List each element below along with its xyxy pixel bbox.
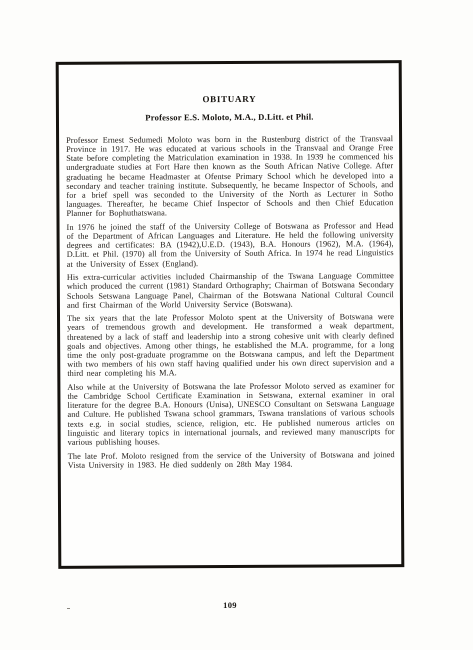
page-border-frame: OBITUARY Professor E.S. Moloto, M.A., D.… bbox=[56, 60, 405, 569]
obituary-title: OBITUARY bbox=[66, 93, 393, 105]
paragraph-extra-curricular: His extra-curricular activities included… bbox=[67, 271, 394, 309]
page-number: 109 bbox=[57, 600, 403, 610]
scanned-document-page: OBITUARY Professor E.S. Moloto, M.A., D.… bbox=[0, 0, 473, 650]
paragraph-resignation-death: The late Prof. Moloto resigned from the … bbox=[68, 450, 395, 470]
paragraph-six-years-botswana: The six years that the late Professor Mo… bbox=[67, 312, 394, 378]
obituary-body: Professor Ernest Sedumedi Moloto was bor… bbox=[66, 134, 395, 470]
obituary-subtitle: Professor E.S. Moloto, M.A., D.Litt. et … bbox=[66, 111, 393, 123]
paragraph-university-college-botswana: In 1976 he joined the staff of the Unive… bbox=[67, 221, 394, 268]
paragraph-examiner-publications: Also while at the University of Botswana… bbox=[67, 381, 394, 447]
page-content: OBITUARY Professor E.S. Moloto, M.A., D.… bbox=[59, 63, 401, 470]
paragraph-biography-early-life: Professor Ernest Sedumedi Moloto was bor… bbox=[66, 134, 393, 218]
